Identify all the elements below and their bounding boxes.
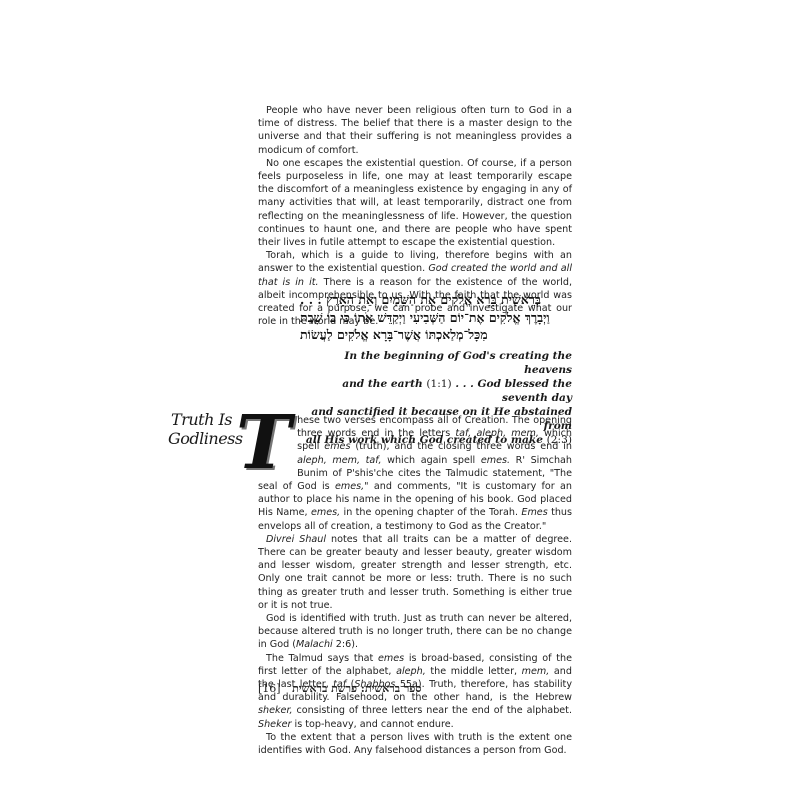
hebrew-verse: בְּרֵאשִׁית בָּרָא אֱלֹקִים אֵת הַשָּׁמַ… bbox=[300, 291, 572, 344]
sidehead-line-2: Godliness bbox=[168, 429, 232, 448]
translation-line-1: In the beginning of God's creating the h… bbox=[300, 349, 572, 377]
page-footer: [16] ספר בראשית: פרשת בראשית bbox=[258, 682, 421, 695]
section-paragraph-2: Divrei Shaul notes that all traits can b… bbox=[258, 533, 572, 612]
section-paragraph-5: To the extent that a person lives with t… bbox=[258, 731, 572, 757]
section-paragraph-3: God is identified with truth. Just as tr… bbox=[258, 612, 572, 652]
hebrew-line-1: בְּרֵאשִׁית בָּרָא אֱלֹקִים אֵת הַשָּׁמַ… bbox=[300, 291, 572, 309]
emphasis: Sheker bbox=[258, 719, 291, 730]
emphasis: aleph, bbox=[396, 666, 426, 677]
running-head: ספר בראשית: פרשת בראשית bbox=[292, 682, 421, 695]
emphasis: Emes bbox=[521, 507, 547, 518]
emphasis: mem, bbox=[522, 666, 550, 677]
emphasis: emes bbox=[324, 441, 350, 452]
text: The Talmud says that bbox=[266, 653, 378, 664]
section-sidehead: Truth Is Godliness bbox=[168, 410, 232, 448]
text: . . . God blessed the seventh day bbox=[452, 378, 572, 404]
page-number: [16] bbox=[258, 682, 281, 695]
text: and the earth bbox=[342, 378, 426, 390]
book-page: People who have never been religious oft… bbox=[0, 0, 800, 800]
drop-cap: T bbox=[236, 416, 291, 472]
text: in the opening chapter of the Torah. bbox=[340, 507, 521, 518]
emphasis: Malachi bbox=[296, 639, 333, 650]
emphasis: emes, bbox=[335, 481, 364, 492]
text: the middle letter, bbox=[426, 666, 522, 677]
text: (truth), and the closing three words end… bbox=[350, 441, 572, 452]
text: consisting of three letters near the end… bbox=[293, 705, 572, 716]
hebrew-line-3: מִכָּל־מְלַאכְתּוֹ אֲשֶׁר־בָּרָא אֱלֹקִי… bbox=[300, 326, 572, 344]
hebrew-line-2: וַיְבָרֶךְ אֱלֹקִים אֶת־יוֹם הַשְּׁבִיעִ… bbox=[300, 309, 572, 327]
intro-paragraph-1: People who have never been religious oft… bbox=[258, 104, 572, 157]
emphasis: emes, bbox=[311, 507, 340, 518]
intro-paragraph-2: No one escapes the existential question.… bbox=[258, 157, 572, 249]
emphasis: Divrei Shaul bbox=[266, 534, 326, 545]
emphasis: emes bbox=[378, 653, 404, 664]
text: 2:6). bbox=[333, 639, 358, 650]
section-paragraph-1: These two verses encompass all of Creati… bbox=[258, 414, 572, 533]
section-body: These two verses encompass all of Creati… bbox=[258, 414, 572, 757]
text: is top-heavy, and cannot endure. bbox=[291, 719, 453, 730]
emphasis: emes. bbox=[481, 455, 510, 466]
translation-line-2: and the earth (1:1) . . . God blessed th… bbox=[300, 377, 572, 405]
text: which again spell bbox=[382, 455, 481, 466]
text: notes that all traits can be a matter of… bbox=[258, 534, 572, 611]
emphasis: taf, aleph, mem, bbox=[455, 428, 539, 439]
emphasis: sheker, bbox=[258, 705, 293, 716]
emphasis: aleph, mem, taf, bbox=[297, 455, 381, 466]
sidehead-line-1: Truth Is bbox=[168, 410, 232, 429]
verse-reference: (1:1) bbox=[426, 378, 451, 390]
